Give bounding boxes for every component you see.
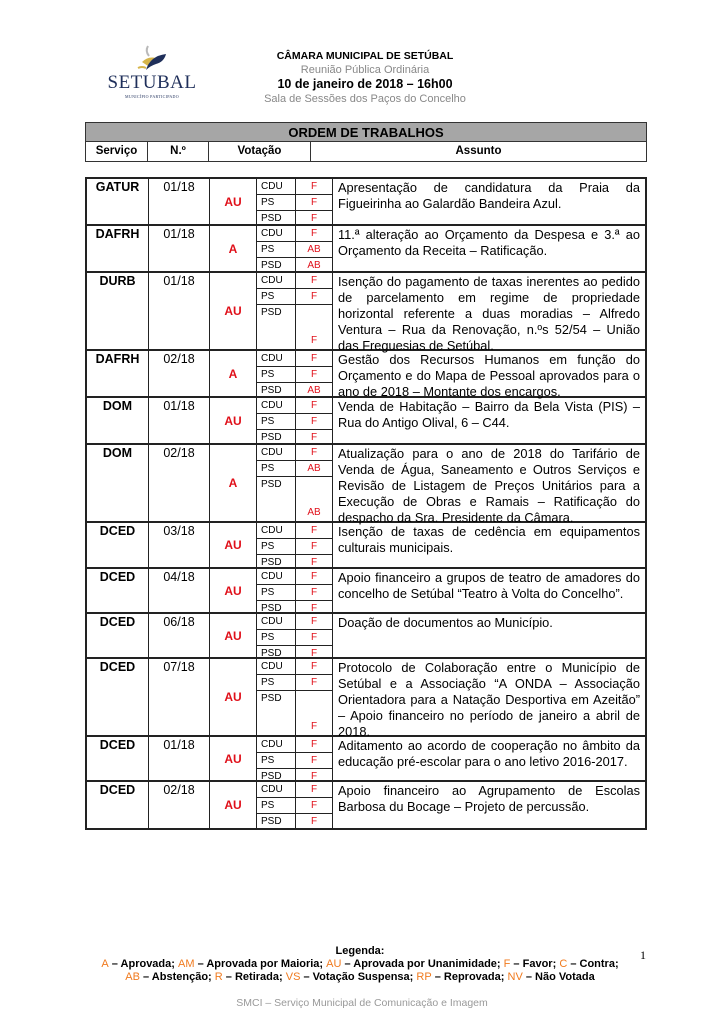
party-vote-row: PSF xyxy=(257,585,332,601)
party-vote-row: CDUF xyxy=(257,273,332,289)
legend-title: Legenda: xyxy=(60,945,660,958)
legend-key: VS xyxy=(286,971,301,983)
votes-cell: CDUFPSFPSDF xyxy=(257,614,333,657)
subject-cell: Apoio financeiro ao Agrupamento de Escol… xyxy=(333,782,645,828)
legend-description: Contra xyxy=(580,958,615,970)
party-vote: F xyxy=(296,195,332,210)
result-cell: AU xyxy=(210,737,257,780)
votes-cell: CDUFPSFPSDF xyxy=(257,273,333,349)
legend: Legenda: A – Aprovada; AM – Aprovada por… xyxy=(60,945,660,984)
party-vote-row: PSDAB xyxy=(257,477,332,521)
service-cell: DAFRH xyxy=(87,226,149,271)
legend-key: A xyxy=(101,958,108,970)
votes-cell: CDUFPSFPSDF xyxy=(257,179,333,224)
party-vote-row: CDUF xyxy=(257,614,332,630)
service-cell: DURB xyxy=(87,273,149,349)
party-vote: F xyxy=(296,814,332,829)
party-vote: F xyxy=(296,445,332,460)
column-headers: Serviço N.º Votação Assunto xyxy=(86,142,646,161)
legend-key: AM xyxy=(178,958,195,970)
party-vote-row: CDUF xyxy=(257,445,332,461)
votes-cell: CDUFPSFPSDF xyxy=(257,569,333,612)
legend-description: Aprovada por Unanimidade xyxy=(353,958,497,970)
party-name: PSD xyxy=(257,305,296,349)
party-vote-row: CDUF xyxy=(257,659,332,675)
service-cell: DCED xyxy=(87,614,149,657)
votes-cell: CDUFPSABPSDAB xyxy=(257,226,333,271)
party-vote-row: CDUF xyxy=(257,569,332,585)
party-name: CDU xyxy=(257,737,296,752)
party-vote: F xyxy=(296,630,332,645)
logo-tagline: MUNICÍPIO PARTICIPADO xyxy=(110,94,194,99)
party-vote: F xyxy=(296,289,332,304)
number-cell: 01/18 xyxy=(149,226,210,271)
party-name: CDU xyxy=(257,351,296,366)
service-cell: DCED xyxy=(87,737,149,780)
agenda-item: DCED06/18AUCDUFPSFPSDFDoação de document… xyxy=(87,614,645,659)
subject-cell: Doação de documentos ao Município. xyxy=(333,614,645,657)
party-name: CDU xyxy=(257,398,296,413)
subject-cell: Protocolo de Colaboração entre o Municíp… xyxy=(333,659,645,735)
party-vote: F xyxy=(296,798,332,813)
party-name: PS xyxy=(257,753,296,768)
result-cell: AU xyxy=(210,179,257,224)
legend-description: Aprovada xyxy=(121,958,172,970)
number-cell: 03/18 xyxy=(149,523,210,567)
party-vote-row: PSF xyxy=(257,798,332,814)
agenda-item: DCED04/18AUCDUFPSFPSDFApoio financeiro a… xyxy=(87,569,645,614)
legend-description: Aprovada por Maioria xyxy=(206,958,319,970)
party-name: CDU xyxy=(257,226,296,241)
service-cell: DOM xyxy=(87,445,149,521)
meeting-type: Reunião Pública Ordinária xyxy=(200,63,530,77)
party-vote: F xyxy=(296,414,332,429)
party-vote: F xyxy=(296,569,332,584)
legend-description: Favor xyxy=(523,958,553,970)
party-name: PSD xyxy=(257,555,296,570)
party-vote: F xyxy=(296,211,332,226)
legend-key: F xyxy=(504,958,511,970)
party-vote-row: PSF xyxy=(257,675,332,691)
subject-cell: Atualização para o ano de 2018 do Tarifá… xyxy=(333,445,645,521)
number-cell: 01/18 xyxy=(149,398,210,443)
agenda-item: DAFRH01/18ACDUFPSABPSDAB11.ª alteração a… xyxy=(87,226,645,273)
party-vote-row: PSF xyxy=(257,630,332,646)
service-cell: DOM xyxy=(87,398,149,443)
page-number: 1 xyxy=(640,948,646,963)
party-name: PSD xyxy=(257,814,296,829)
number-cell: 01/18 xyxy=(149,273,210,349)
subject-cell: Venda de Habitação – Bairro da Bela Vist… xyxy=(333,398,645,443)
legend-description: Retirada xyxy=(235,971,279,983)
service-cell: DCED xyxy=(87,523,149,567)
votes-cell: CDUFPSFPSDF xyxy=(257,659,333,735)
agenda-title-block: ORDEM DE TRABALHOS Serviço N.º Votação A… xyxy=(85,122,647,162)
party-vote-row: PSF xyxy=(257,539,332,555)
party-vote: F xyxy=(296,753,332,768)
party-name: PS xyxy=(257,289,296,304)
party-vote-row: PSDAB xyxy=(257,383,332,398)
party-vote-row: PSF xyxy=(257,289,332,305)
agenda-item: DCED07/18AUCDUFPSFPSDFProtocolo de Colab… xyxy=(87,659,645,737)
column-header-number: N.º xyxy=(148,142,209,161)
agenda-item: DURB01/18AUCDUFPSFPSDFIsenção do pagamen… xyxy=(87,273,645,351)
column-header-vote: Votação xyxy=(209,142,311,161)
legend-description: Reprovada xyxy=(444,971,501,983)
fountain-emblem-icon xyxy=(102,42,202,74)
number-cell: 04/18 xyxy=(149,569,210,612)
number-cell: 02/18 xyxy=(149,351,210,396)
party-name: PSD xyxy=(257,430,296,445)
legend-description: Abstenção xyxy=(152,971,208,983)
party-name: PS xyxy=(257,585,296,600)
party-vote-row: PSDF xyxy=(257,305,332,349)
party-vote: F xyxy=(296,614,332,629)
party-name: PS xyxy=(257,798,296,813)
party-vote: F xyxy=(296,351,332,366)
agenda-title: ORDEM DE TRABALHOS xyxy=(86,123,646,142)
subject-cell: Isenção do pagamento de taxas inerentes … xyxy=(333,273,645,349)
service-cell: DCED xyxy=(87,659,149,735)
votes-cell: CDUFPSFPSDF xyxy=(257,523,333,567)
result-cell: AU xyxy=(210,273,257,349)
party-name: PS xyxy=(257,242,296,257)
legend-key: C xyxy=(559,958,567,970)
meeting-place: Sala de Sessões dos Paços do Concelho xyxy=(200,92,530,106)
party-vote-row: PSDF xyxy=(257,814,332,829)
party-vote-row: PSDAB xyxy=(257,258,332,273)
party-vote-row: PSF xyxy=(257,195,332,211)
result-cell: AU xyxy=(210,523,257,567)
agenda-item: GATUR01/18AUCDUFPSFPSDFApresentação de c… xyxy=(87,179,645,226)
number-cell: 02/18 xyxy=(149,782,210,828)
party-vote-row: CDUF xyxy=(257,523,332,539)
legend-line-2: AB – Abstenção; R – Retirada; VS – Votaç… xyxy=(60,971,660,984)
party-name: PS xyxy=(257,675,296,690)
votes-cell: CDUFPSFPSDF xyxy=(257,398,333,443)
party-name: PSD xyxy=(257,258,296,273)
result-cell: AU xyxy=(210,659,257,735)
party-vote: F xyxy=(296,659,332,674)
party-name: PSD xyxy=(257,211,296,226)
votes-cell: CDUFPSFPSDAB xyxy=(257,351,333,396)
party-name: CDU xyxy=(257,782,296,797)
party-vote: AB xyxy=(296,461,332,476)
party-name: CDU xyxy=(257,445,296,460)
party-vote-row: PSDF xyxy=(257,430,332,445)
party-vote-row: PSAB xyxy=(257,242,332,258)
agenda-item: DCED03/18AUCDUFPSFPSDFIsenção de taxas d… xyxy=(87,523,645,569)
party-vote: F xyxy=(296,398,332,413)
party-name: CDU xyxy=(257,273,296,288)
legend-key: AB xyxy=(125,971,140,983)
party-vote: F xyxy=(296,585,332,600)
legend-key: R xyxy=(215,971,223,983)
party-name: PS xyxy=(257,367,296,382)
meeting-date: 10 de janeiro de 2018 – 16h00 xyxy=(200,77,530,92)
party-vote: AB xyxy=(296,477,332,521)
subject-cell: Apoio financeiro a grupos de teatro de a… xyxy=(333,569,645,612)
footer: SMCI – Serviço Municipal de Comunicação … xyxy=(0,997,724,1009)
party-vote-row: PSF xyxy=(257,414,332,430)
agenda-item: DAFRH02/18ACDUFPSFPSDABGestão dos Recurs… xyxy=(87,351,645,398)
number-cell: 07/18 xyxy=(149,659,210,735)
legend-key: AU xyxy=(326,958,341,970)
party-name: PSD xyxy=(257,691,296,735)
subject-cell: Aditamento ao acordo de cooperação no âm… xyxy=(333,737,645,780)
party-vote-row: CDUF xyxy=(257,179,332,195)
votes-cell: CDUFPSFPSDF xyxy=(257,782,333,828)
party-name: CDU xyxy=(257,569,296,584)
service-cell: DAFRH xyxy=(87,351,149,396)
subject-cell: Isenção de taxas de cedência em equipame… xyxy=(333,523,645,567)
party-name: CDU xyxy=(257,523,296,538)
party-vote: AB xyxy=(296,383,332,398)
result-cell: A xyxy=(210,226,257,271)
party-vote: F xyxy=(296,305,332,349)
legend-key: NV xyxy=(508,971,523,983)
subject-cell: Apresentação de candidatura da Praia da … xyxy=(333,179,645,224)
agenda-item: DCED01/18AUCDUFPSFPSDFAditamento ao acor… xyxy=(87,737,645,782)
party-vote-row: CDUF xyxy=(257,226,332,242)
result-cell: A xyxy=(210,445,257,521)
logo-wordmark: SETUBAL xyxy=(102,72,202,94)
party-vote: F xyxy=(296,737,332,752)
party-vote-row: PSAB xyxy=(257,461,332,477)
party-name: CDU xyxy=(257,659,296,674)
party-vote-row: CDUF xyxy=(257,782,332,798)
service-cell: DCED xyxy=(87,782,149,828)
party-vote: F xyxy=(296,226,332,241)
party-name: PS xyxy=(257,630,296,645)
organization-name: CÂMARA MUNICIPAL DE SETÚBAL xyxy=(200,49,530,63)
party-name: CDU xyxy=(257,614,296,629)
party-name: PS xyxy=(257,461,296,476)
party-name: PS xyxy=(257,539,296,554)
service-cell: DCED xyxy=(87,569,149,612)
setubal-logo: SETUBAL MUNICÍPIO PARTICIPADO xyxy=(102,42,202,102)
column-header-service: Serviço xyxy=(86,142,148,161)
party-vote: F xyxy=(296,675,332,690)
result-cell: AU xyxy=(210,569,257,612)
agenda-item: DOM02/18ACDUFPSABPSDABAtualização para o… xyxy=(87,445,645,523)
service-cell: GATUR xyxy=(87,179,149,224)
legend-key: RP xyxy=(416,971,431,983)
party-vote-row: PSDF xyxy=(257,555,332,570)
party-name: PS xyxy=(257,414,296,429)
party-vote: F xyxy=(296,691,332,735)
legend-description: Votação Suspensa xyxy=(313,971,410,983)
party-vote: F xyxy=(296,273,332,288)
votes-cell: CDUFPSFPSDF xyxy=(257,737,333,780)
document-header: CÂMARA MUNICIPAL DE SETÚBAL Reunião Públ… xyxy=(200,49,530,106)
subject-cell: 11.ª alteração ao Orçamento da Despesa e… xyxy=(333,226,645,271)
party-vote: F xyxy=(296,523,332,538)
party-name: CDU xyxy=(257,179,296,194)
number-cell: 02/18 xyxy=(149,445,210,521)
column-header-subject: Assunto xyxy=(311,142,646,161)
result-cell: A xyxy=(210,351,257,396)
result-cell: AU xyxy=(210,398,257,443)
party-name: PSD xyxy=(257,383,296,398)
party-vote-row: PSDF xyxy=(257,211,332,226)
party-vote-row: PSF xyxy=(257,367,332,383)
result-cell: AU xyxy=(210,782,257,828)
party-name: PS xyxy=(257,195,296,210)
legend-description: Não Votada xyxy=(535,971,595,983)
party-vote: F xyxy=(296,179,332,194)
votes-cell: CDUFPSABPSDAB xyxy=(257,445,333,521)
party-vote: AB xyxy=(296,242,332,257)
party-vote: F xyxy=(296,430,332,445)
party-name: PSD xyxy=(257,477,296,521)
party-vote: AB xyxy=(296,258,332,273)
agenda-table: GATUR01/18AUCDUFPSFPSDFApresentação de c… xyxy=(85,177,647,830)
number-cell: 06/18 xyxy=(149,614,210,657)
party-vote: F xyxy=(296,367,332,382)
number-cell: 01/18 xyxy=(149,179,210,224)
number-cell: 01/18 xyxy=(149,737,210,780)
party-vote: F xyxy=(296,555,332,570)
party-vote-row: PSF xyxy=(257,753,332,769)
agenda-item: DCED02/18AUCDUFPSFPSDFApoio financeiro a… xyxy=(87,782,645,828)
party-vote: F xyxy=(296,539,332,554)
result-cell: AU xyxy=(210,614,257,657)
agenda-item: DOM01/18AUCDUFPSFPSDFVenda de Habitação … xyxy=(87,398,645,445)
legend-line-1: A – Aprovada; AM – Aprovada por Maioria;… xyxy=(60,958,660,971)
party-vote-row: CDUF xyxy=(257,398,332,414)
subject-cell: Gestão dos Recursos Humanos em função do… xyxy=(333,351,645,396)
party-vote: F xyxy=(296,782,332,797)
party-vote-row: CDUF xyxy=(257,737,332,753)
party-vote-row: PSDF xyxy=(257,691,332,735)
party-vote-row: CDUF xyxy=(257,351,332,367)
